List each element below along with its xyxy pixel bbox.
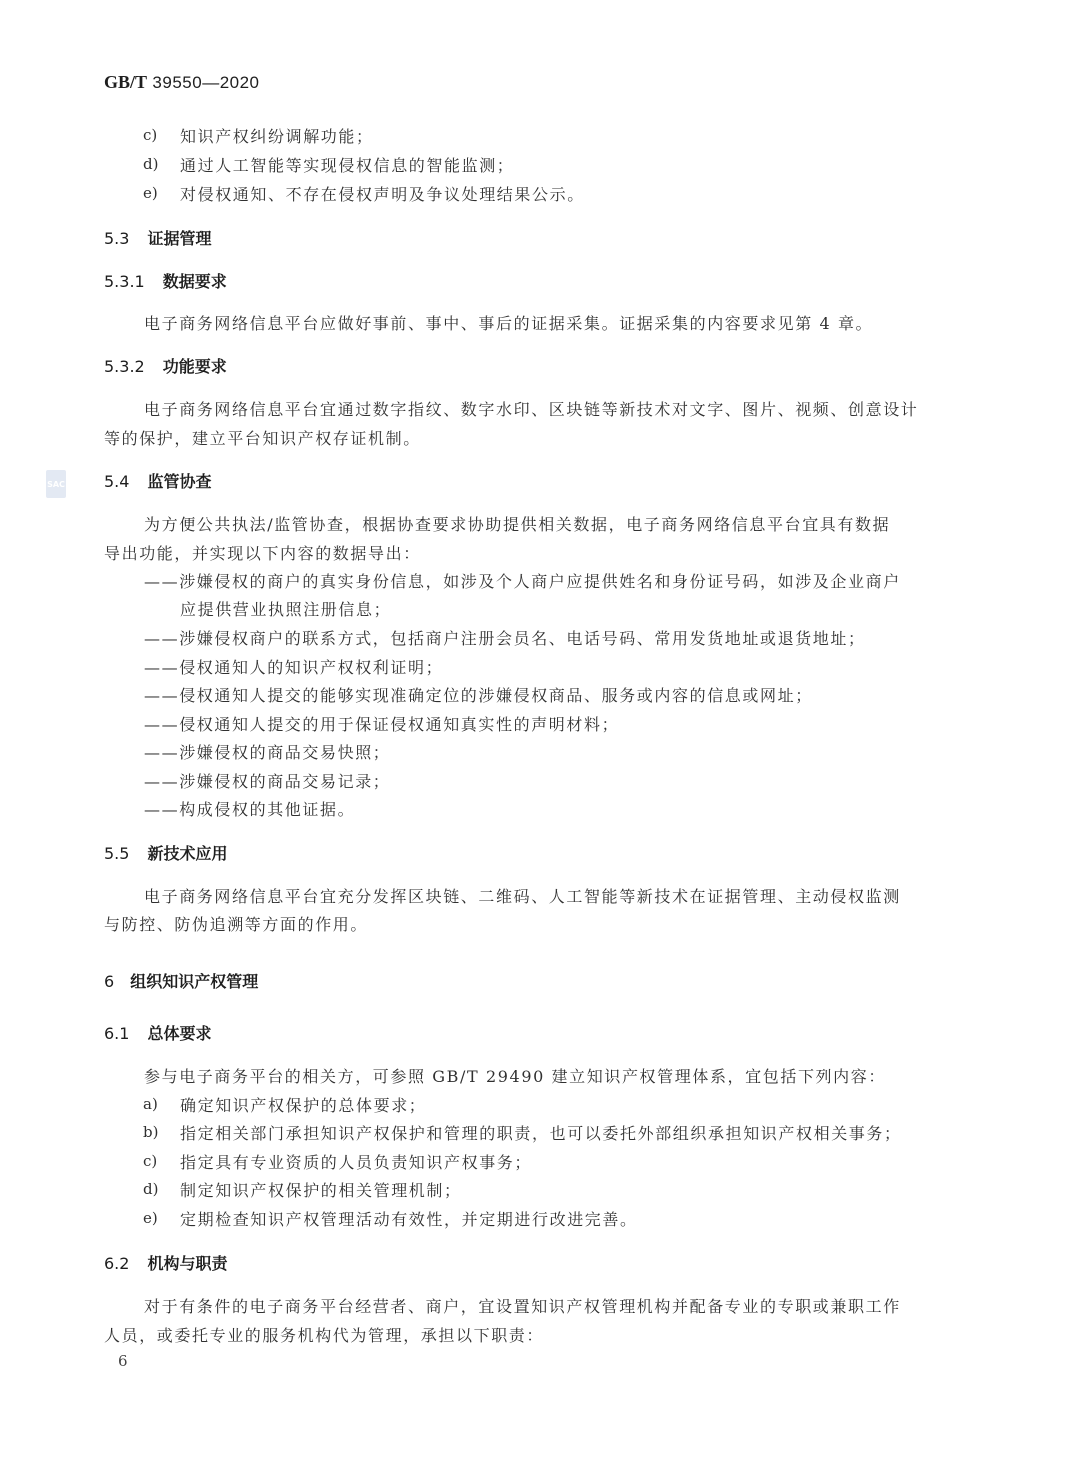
list-item: 制定知识产权保护的相关管理机制；: [180, 1178, 462, 1201]
dash-item: ——构成侵权的其他证据。: [144, 797, 355, 820]
paragraph-cont: 与防控、防伪追溯等方面的作用。: [104, 912, 368, 935]
page-number: 6: [118, 1352, 128, 1370]
list-item: 对侵权通知、不存在侵权声明及争议处理结果公示。: [180, 182, 585, 205]
paragraph: 电子商务网络信息平台宜充分发挥区块链、二维码、人工智能等新技术在证据管理、主动侵…: [144, 884, 901, 907]
list-item: 指定具有专业资质的人员负责知识产权事务；: [180, 1150, 532, 1173]
list-item: 通过人工智能等实现侵权信息的智能监测；: [180, 153, 514, 176]
list-marker: d): [143, 155, 158, 173]
list-marker: e): [143, 1209, 158, 1227]
list-marker: c): [143, 126, 157, 144]
paragraph: 对于有条件的电子商务平台经营者、商户，宜设置知识产权管理机构并配备专业的专职或兼…: [144, 1294, 901, 1317]
standard-prefix: GB/T: [104, 72, 147, 92]
dash-item: ——涉嫌侵权的商品交易记录；: [144, 769, 390, 792]
list-marker: b): [143, 1123, 158, 1141]
chapter-heading-6: 6组织知识产权管理: [104, 969, 258, 992]
list-item: 定期检查知识产权管理活动有效性，并定期进行改进完善。: [180, 1207, 638, 1230]
list-item: 确定知识产权保护的总体要求；: [180, 1093, 426, 1116]
list-marker: d): [143, 1180, 158, 1198]
section-heading-5-4: 5.4监管协查: [104, 469, 211, 492]
dash-item-cont: 应提供营业执照注册信息；: [180, 597, 391, 620]
standard-number: 39550—2020: [152, 73, 259, 92]
dash-item: ——涉嫌侵权的商户的真实身份信息，如涉及个人商户应提供姓名和身份证号码，如涉及企…: [144, 569, 901, 592]
section-heading-5-5: 5.5新技术应用: [104, 841, 227, 864]
dash-item: ——侵权通知人的知识产权权利证明；: [144, 655, 443, 678]
paragraph-cont: 等的保护，建立平台知识产权存证机制。: [104, 426, 421, 449]
list-marker: e): [143, 184, 158, 202]
dash-item: ——涉嫌侵权商户的联系方式，包括商户注册会员名、电话号码、常用发货地址或退货地址…: [144, 626, 866, 649]
list-item: 知识产权纠纷调解功能；: [180, 124, 374, 147]
dash-item: ——涉嫌侵权的商品交易快照；: [144, 740, 390, 763]
section-heading-5-3: 5.3证据管理: [104, 226, 211, 249]
paragraph: 电子商务网络信息平台宜通过数字指纹、数字水印、区块链等新技术对文字、图片、视频、…: [144, 397, 918, 420]
paragraph-cont: 人员，或委托专业的服务机构代为管理，承担以下职责：: [104, 1323, 544, 1346]
section-heading-6-2: 6.2机构与职责: [104, 1251, 227, 1274]
list-marker: c): [143, 1152, 157, 1170]
paragraph: 参与电子商务平台的相关方，可参照 GB/T 29490 建立知识产权管理体系，宜…: [144, 1064, 886, 1087]
standard-code: GB/T 39550—2020: [104, 72, 260, 93]
dash-item: ——侵权通知人提交的能够实现准确定位的涉嫌侵权商品、服务或内容的信息或网址；: [144, 683, 813, 706]
section-heading-6-1: 6.1总体要求: [104, 1021, 211, 1044]
list-marker: a): [143, 1095, 158, 1113]
sac-watermark-logo: SAC: [46, 470, 66, 498]
paragraph-cont: 导出功能，并实现以下内容的数据导出：: [104, 541, 421, 564]
paragraph: 电子商务网络信息平台应做好事前、事中、事后的证据采集。证据采集的内容要求见第 4…: [144, 311, 873, 334]
section-heading-5-3-1: 5.3.1数据要求: [104, 269, 227, 292]
list-item: 指定相关部门承担知识产权保护和管理的职责，也可以委托外部组织承担知识产权相关事务…: [180, 1121, 902, 1144]
section-heading-5-3-2: 5.3.2功能要求: [104, 354, 227, 377]
paragraph: 为方便公共执法/监管协查，根据协查要求协助提供相关数据，电子商务网络信息平台宜具…: [144, 512, 890, 535]
dash-item: ——侵权通知人提交的用于保证侵权通知真实性的声明材料；: [144, 712, 619, 735]
